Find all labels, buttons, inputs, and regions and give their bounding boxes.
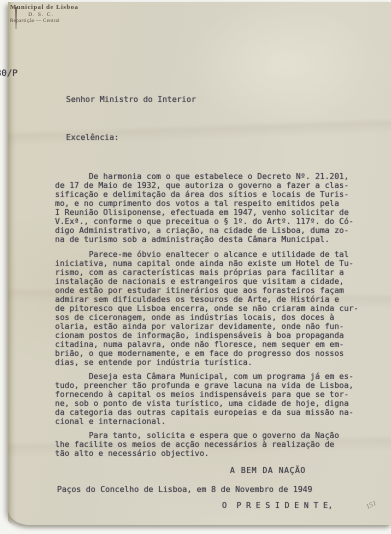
signature-title: O P R E S I D E N T E, [222, 501, 333, 510]
text-line: instalação de nacionais e estrangeiros q… [55, 277, 358, 286]
paragraph-4: Para tanto, solicita e espera que o gove… [55, 431, 339, 458]
salutation-line: Excelência: [66, 133, 119, 142]
text-line: admirar sem dificuldades os tesouros de … [55, 295, 358, 304]
text-line: onde estão por estudar itinerários que a… [55, 286, 358, 295]
text-line: mo, e no cumprimento dos votos a tal res… [55, 199, 354, 208]
text-line: na de turismo sob a administração desta … [55, 235, 354, 244]
text-line: olaria, estão ainda por valorizar devida… [55, 322, 358, 331]
text-line: Parece-me óbvio enaltecer o alcance e ut… [55, 250, 358, 259]
text-line: cionam postos de informação, indispensáv… [55, 331, 358, 340]
text-line: lhe facilite os meios de acção necessári… [55, 440, 339, 449]
text-line: dias, se entende por indústria turística… [55, 358, 358, 367]
text-line: cional e internacional. [55, 417, 354, 426]
text-line: tão alto e necessário objectivo. [55, 449, 339, 458]
scanned-letter-page: { "document": { "letterhead": { "org": "… [0, 0, 391, 534]
text-line: sos de ciceronagem, onde as indústrias l… [55, 313, 358, 322]
letterhead-bracket-mark [15, 7, 17, 29]
text-line: fornecendo à capital os meios indispensá… [55, 390, 354, 399]
paragraph-1: De harmonia com o que estabelece o Decre… [55, 172, 354, 244]
closing-motto: A BEM DA NAÇÃO [230, 466, 306, 475]
paragraph-2: Parece-me óbvio enaltecer o alcance e ut… [55, 250, 358, 367]
margin-reference-note: 30/P [0, 69, 18, 79]
letterhead-stamp: Municipal de Lisboa D. S. C. Repartição … [10, 4, 78, 25]
text-line: de pitoresco que Lisboa encerra, onde se… [55, 304, 358, 313]
text-line: Para tanto, solicita e espera que o gove… [55, 431, 339, 440]
text-line: sificação e delimitação da área dos síti… [55, 190, 354, 199]
text-line: rismo, com as características mais própr… [55, 268, 358, 277]
text-line: brião, o que modernamente, e em face do … [55, 349, 358, 358]
text-line: Deseja esta Câmara Municipal, com um pro… [55, 372, 354, 381]
recipient-line: Senhor Ministro do Interior [66, 95, 196, 104]
text-line: digo Administrativo, a criação, na cidad… [55, 226, 354, 235]
text-line: I Reunião Olisiponense, efectuada em 194… [55, 208, 354, 217]
letterhead-organization: Municipal de Lisboa [10, 4, 78, 12]
text-line: De harmonia com o que estabelece o Decre… [55, 172, 354, 181]
letterhead-office: Repartição — Central [10, 19, 78, 25]
text-line: V.Exª., conforme o que preceitua o § 1º.… [55, 217, 354, 226]
text-line: ne, sob o ponto de vista turístico, uma … [55, 399, 354, 408]
text-line: da categoria das outras capitais europei… [55, 408, 354, 417]
place-date-line: Paços do Concelho de Lisboa, em 8 de Nov… [57, 485, 312, 494]
letterhead-department: D. S. C. [10, 12, 72, 19]
paragraph-3: Deseja esta Câmara Municipal, com um pro… [55, 372, 354, 426]
text-line: de 17 de Maio de 1932, que autoriza o go… [55, 181, 354, 190]
text-line: iniciativa, numa capital onde ainda não … [55, 259, 358, 268]
text-line: citadina, numa palavra, onde não floresc… [55, 340, 358, 349]
text-line: tudo, preencher tão profunda e grave lac… [55, 381, 354, 390]
